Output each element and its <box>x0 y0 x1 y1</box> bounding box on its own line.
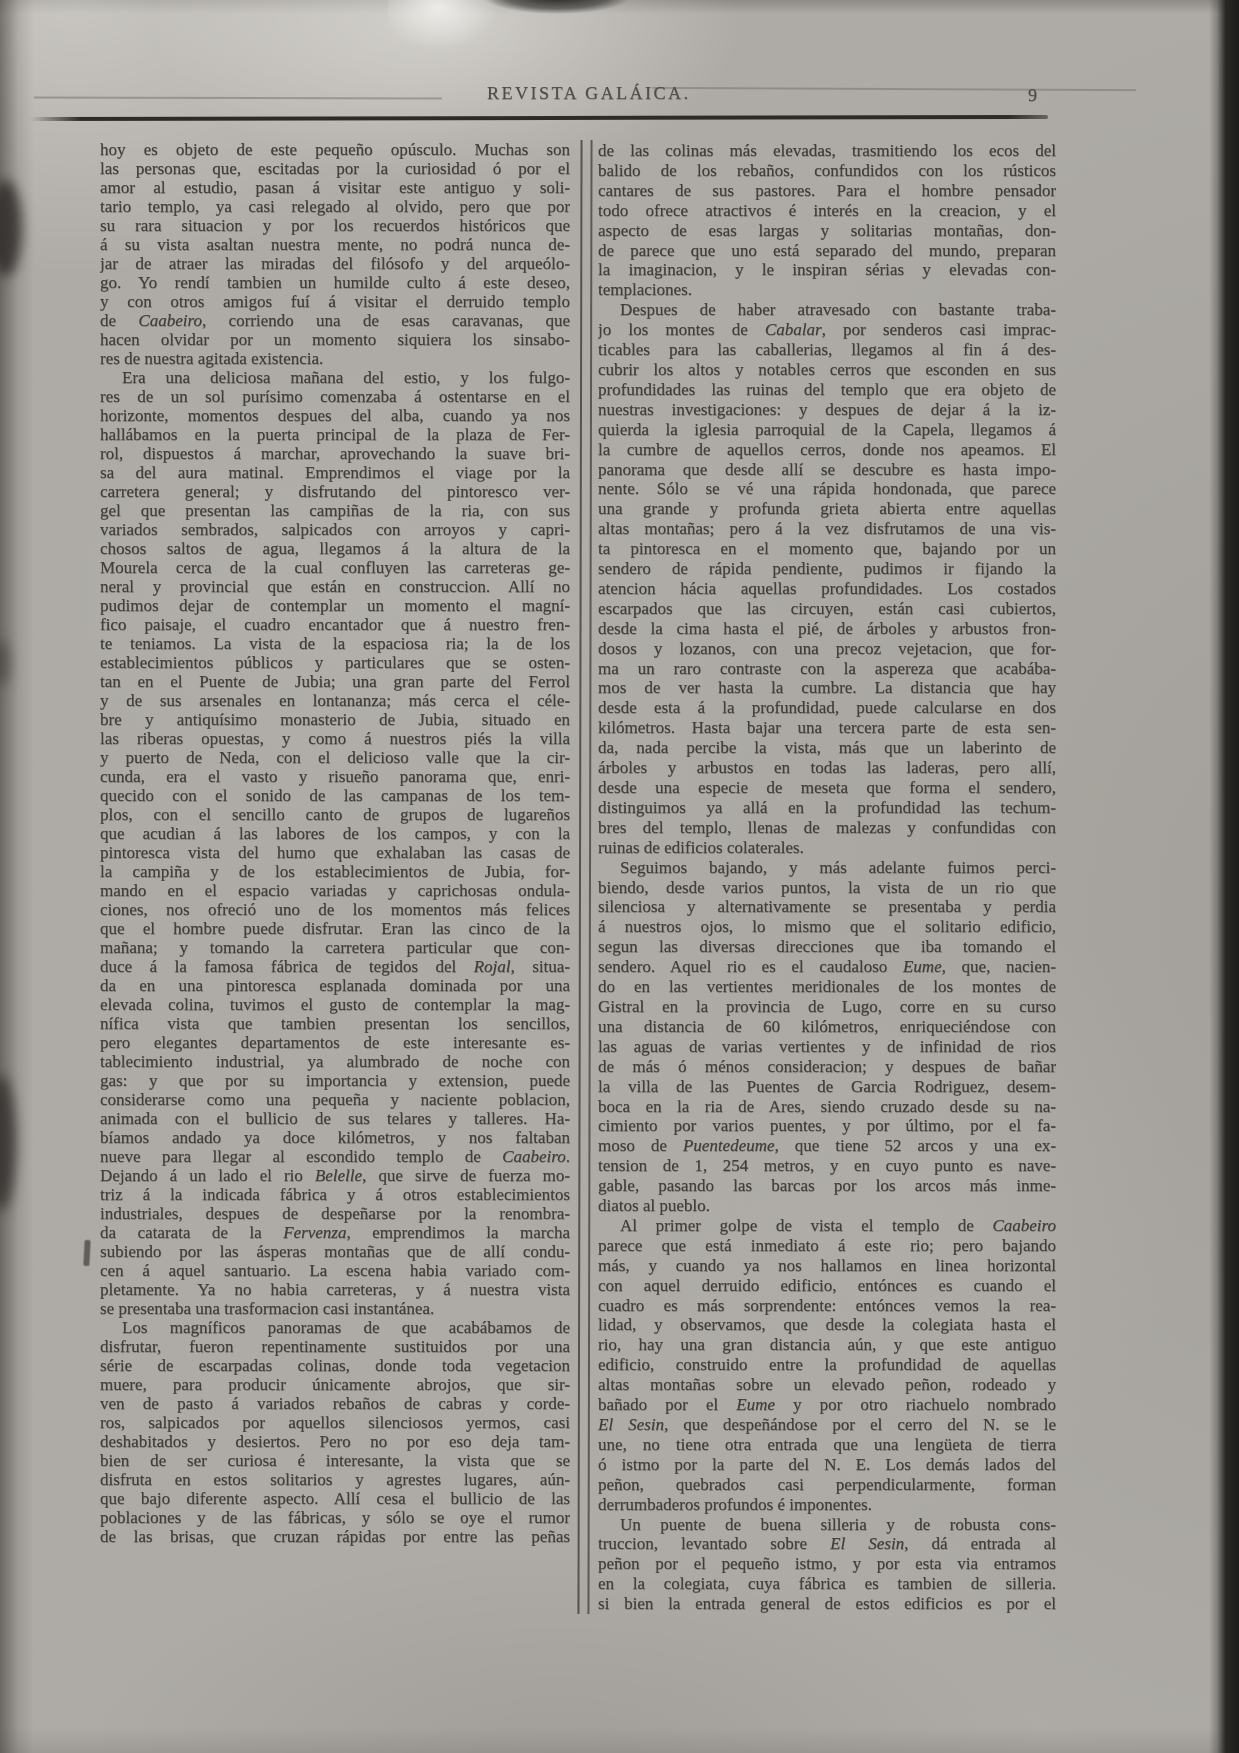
text-line: peñon por el pequeño istmo, y por esta v… <box>598 1554 1056 1574</box>
text-line: sendero de rápida pendiente, pudimos ir … <box>598 559 1056 579</box>
paragraph: Despues de haber atravesado con bastante… <box>598 300 1056 857</box>
scanned-page: REVISTA GALÁICA. 9 hoy es objeto de este… <box>0 0 1239 1753</box>
text-line: ruinas de edificios colaterales. <box>598 838 1056 858</box>
text-line: quierda la iglesia parroquial de la Cape… <box>598 420 1056 440</box>
text-line: da, nada percibe la vista, más que un la… <box>598 738 1056 758</box>
text-line: desde una especie de meseta que forma el… <box>598 778 1056 798</box>
text-line: que acudian á las labores de los campos,… <box>100 824 570 843</box>
text-column-left: hoy es objeto de este pequeño opúsculo. … <box>100 140 570 1546</box>
text-line: plos, con el sencillo canto de grupos de… <box>100 805 570 824</box>
text-line: sa del aura matinal. Emprendimos el viag… <box>100 463 570 482</box>
text-line: con aquel derruido edificio, entónces es… <box>598 1276 1056 1296</box>
text-line: balido de los rebaños, confundidos con l… <box>598 161 1056 181</box>
text-line: Era una deliciosa mañana del estio, y lo… <box>100 368 570 387</box>
text-line: de las brisas, que cruzan rápidas por en… <box>100 1527 570 1546</box>
text-line: bres del templo, llenas de malezas y con… <box>598 818 1056 838</box>
text-line: todo ofrece atractivos é interés en la c… <box>598 201 1056 221</box>
text-line: quecido con el sonido de las campanas de… <box>100 786 570 805</box>
text-line: y de sus arsenales en lontananza; más ce… <box>100 691 570 710</box>
text-line: res de un sol purísimo comenzaba á osten… <box>100 387 570 406</box>
text-line: Al primer golpe de vista el templo de Ca… <box>598 1216 1056 1236</box>
text-line: parece que está inmediato á este rio; pe… <box>598 1236 1056 1256</box>
text-line: desde la cima hasta el pié, de árboles y… <box>598 619 1056 639</box>
text-line: más, y cuando ya nos hallamos en linea h… <box>598 1256 1056 1276</box>
paragraph: Al primer golpe de vista el templo de Ca… <box>598 1216 1056 1515</box>
text-line: de más ó ménos consideracion; y despues … <box>598 1057 1056 1077</box>
paragraph: Un puente de buena silleria y de robusta… <box>598 1515 1056 1615</box>
text-line: te teniamos. La vista de la espaciosa ri… <box>100 634 570 653</box>
paragraph: hoy es objeto de este pequeño opúsculo. … <box>100 140 570 368</box>
text-line: série de escarpadas colinas, donde toda … <box>100 1356 570 1375</box>
text-line: silenciosa y alternativamente se present… <box>598 897 1056 917</box>
text-line: ven de pasto á variados rebaños de cabra… <box>100 1394 570 1413</box>
text-line: segun las diversas direcciones que iba t… <box>598 937 1056 957</box>
text-line: su rara situacion y por los recuerdos hi… <box>100 216 570 235</box>
header-rule <box>30 115 1048 121</box>
text-line: una distancia de 60 kilómetros, enriquec… <box>598 1017 1056 1037</box>
text-line: de las colinas más elevadas, trasmitiend… <box>598 141 1056 161</box>
text-line: sendero. Aquel rio es el caudaloso Eume,… <box>598 957 1056 977</box>
text-line: kilómetros. Hasta bajar una tercera part… <box>598 718 1056 738</box>
text-line: altas montañas; pero á la vez disfrutamo… <box>598 519 1056 539</box>
text-line: res de nuestra agitada existencia. <box>100 349 570 368</box>
text-line: ta pintoresca en el momento que, bajando… <box>598 539 1056 559</box>
paragraph: Los magníficos panoramas de que acabábam… <box>100 1318 570 1546</box>
scan-artifact-mark <box>83 1240 90 1266</box>
text-line: bre y antiquísimo monasterio de Jubia, s… <box>100 710 570 729</box>
text-line: chosos saltos de agua, llegamos á la alt… <box>100 539 570 558</box>
text-line: Despues de haber atravesado con bastante… <box>598 300 1056 320</box>
text-line: rio, hay una gran distancia aún, y que e… <box>598 1335 1056 1355</box>
text-line: bíamos andado ya doce kilómetros, y nos … <box>100 1128 570 1147</box>
text-line: una grande y profunda grieta abierta ent… <box>598 499 1056 519</box>
text-line: nente. Sólo se vé una rápida hondonada, … <box>598 479 1056 499</box>
text-line: horizonte, momentos despues del alba, cu… <box>100 406 570 425</box>
text-line: lidad, y observamos, que desde la colegi… <box>598 1315 1056 1335</box>
text-line: triz á la indicada fábrica y á otros est… <box>100 1185 570 1204</box>
text-line: duce á la famosa fábrica de tegidos del … <box>100 957 570 976</box>
text-line: jo los montes de Cabalar, por senderos c… <box>598 320 1056 340</box>
scan-edge-shadow-right <box>1209 0 1239 1753</box>
text-line: deshabitados y desiertos. Pero no por es… <box>100 1432 570 1451</box>
text-line: disfrutar, fueron repentinamente sustitu… <box>100 1337 570 1356</box>
text-column-right: de las colinas más elevadas, trasmitiend… <box>598 141 1056 1614</box>
text-line: Dejando á un lado el rio Belelle, que si… <box>100 1166 570 1185</box>
text-line: si bien la entrada general de estos edif… <box>598 1594 1056 1614</box>
text-line: peñon, quebrados casi perpendicularmente… <box>598 1475 1056 1495</box>
text-line: cantares de sus pastores. Para el hombre… <box>598 181 1056 201</box>
paragraph: de las colinas más elevadas, trasmitiend… <box>598 141 1056 300</box>
text-line: da catarata de la Fervenza, emprendimos … <box>100 1223 570 1242</box>
text-line: establecimientos públicos y particulares… <box>100 653 570 672</box>
text-line: ros, salpicados por aquellos silenciosos… <box>100 1413 570 1432</box>
header-faint-rule-right <box>652 87 1136 91</box>
text-line: da en una pintoresca esplanada dominada … <box>100 976 570 995</box>
text-line: bien de ser curiosa é interesante, la vi… <box>100 1451 570 1470</box>
text-line: hallábamos en la puerta principal de la … <box>100 425 570 444</box>
text-line: panorama que desde allí se descubre es h… <box>598 460 1056 480</box>
text-line: altas montañas sobre un elevado peñon, r… <box>598 1375 1056 1395</box>
text-line: de parece que uno está separado del mund… <box>598 241 1056 261</box>
text-line: de Caabeiro, corriendo una de esas carav… <box>100 311 570 330</box>
text-line: mos de ver hasta la cumbre. La distancia… <box>598 678 1056 698</box>
text-line: ticables para las caballerias, llegamos … <box>598 340 1056 360</box>
text-line: profundidades las ruinas del templo que … <box>598 380 1056 400</box>
page-number: 9 <box>1028 85 1037 106</box>
column-divider-rule <box>577 140 592 1614</box>
text-line: dosos y lozanos, con una precoz vejetaci… <box>598 639 1056 659</box>
page-title: REVISTA GALÁICA. <box>487 83 691 104</box>
text-line: diatos al pueblo. <box>598 1196 1056 1216</box>
paragraph: Seguimos bajando, y más adelante fuimos … <box>598 858 1056 1216</box>
text-line: tension de 1, 254 metros, y en cuyo punt… <box>598 1156 1056 1176</box>
text-line: pero elegantes departamentos de este int… <box>100 1033 570 1052</box>
text-line: en la colegiata, cuya fábrica es tambien… <box>598 1574 1056 1594</box>
text-line: derrumbaderos profundos é imponentes. <box>598 1495 1056 1515</box>
text-line: y con otros amigos fuí á visitar el derr… <box>100 292 570 311</box>
text-line: bañado por el Eume y por otro riachuelo … <box>598 1395 1056 1415</box>
text-line: pintoresca vista del humo que exhalaban … <box>100 843 570 862</box>
text-line: cimiento por varios puentes, y por últim… <box>598 1116 1056 1136</box>
text-line: elevada colina, tuvimos el gusto de cont… <box>100 995 570 1014</box>
text-line: Mourela cerca de la cual confluyen las c… <box>100 558 570 577</box>
text-line: poblaciones y de las fábricas, y sólo se… <box>100 1508 570 1527</box>
text-line: cubrir los altos y notables cerros que e… <box>598 360 1056 380</box>
text-line: truccion, levantado sobre El Sesin, dá e… <box>598 1534 1056 1554</box>
text-line: neral y provincial que están en construc… <box>100 577 570 596</box>
text-line: que bajo diferente aspecto. Allí cesa el… <box>100 1489 570 1508</box>
page-curl-shadow <box>468 0 646 30</box>
text-line: rol, dispuestos á marchar, aprovechando … <box>100 444 570 463</box>
text-line: tan en el Puente de Jubia; una gran part… <box>100 672 570 691</box>
text-line: pletamente. Ya no habia carreteras, y á … <box>100 1280 570 1299</box>
text-line: nífica vista que tambien presentan los s… <box>100 1014 570 1033</box>
text-line: jar de atraer las miradas del filósofo y… <box>100 254 570 273</box>
text-line: las personas que, escitadas por la curio… <box>100 159 570 178</box>
text-line: la campiña y de los establecimientos de … <box>100 862 570 881</box>
text-line: desde esta á la profundidad, puede calcu… <box>598 698 1056 718</box>
paragraph: Era una deliciosa mañana del estio, y lo… <box>100 368 570 1318</box>
text-line: á su vista asaltan nuestra mente, no pod… <box>100 235 570 254</box>
text-line: Seguimos bajando, y más adelante fuimos … <box>598 858 1056 878</box>
text-line: árboles y arbustos en todas las laderas,… <box>598 758 1056 778</box>
text-line: do en las vertientes meridionales de los… <box>598 977 1056 997</box>
text-line: disfruta en estos solitarios y agrestes … <box>100 1470 570 1489</box>
text-line: cuadro es más sorprendente: entónces vem… <box>598 1296 1056 1316</box>
text-line: y puerto de Neda, con el delicioso valle… <box>100 748 570 767</box>
text-line: animada con el bullicio de sus telares y… <box>100 1109 570 1128</box>
text-line: atencion hácia aquellas profundidades. L… <box>598 579 1056 599</box>
text-line: las riberas opuestas, y como á nuestros … <box>100 729 570 748</box>
text-line: considerarse como una pequeña y naciente… <box>100 1090 570 1109</box>
text-line: templaciones. <box>598 280 1056 300</box>
text-line: gable, pasando las barcas por los arcos … <box>598 1176 1056 1196</box>
text-line: hoy es objeto de este pequeño opúsculo. … <box>100 140 570 159</box>
text-line: ma un raro contraste con la aspereza que… <box>598 659 1056 679</box>
text-line: se presentaba una trasformacion casi ins… <box>100 1299 570 1318</box>
text-line: go. Yo rendí tambien un humilde culto á … <box>100 273 570 292</box>
text-line: ciones, nos ofreció uno de los momentos … <box>100 900 570 919</box>
text-line: une, no tiene otra entrada que una lengü… <box>598 1435 1056 1455</box>
text-line: subiendo por las ásperas montañas que de… <box>100 1242 570 1261</box>
text-line: Gistral en la provincia de Lugo, corre e… <box>598 997 1056 1017</box>
text-line: moso de Puentedeume, que tiene 52 arcos … <box>598 1136 1056 1156</box>
text-line: gel que presentan las campiñas de la ria… <box>100 501 570 520</box>
text-line: industriales, despues de despeñarse por … <box>100 1204 570 1223</box>
text-line: tablecimiento industrial, ya alumbrado d… <box>100 1052 570 1071</box>
text-line: aspecto de esas largas y solitarias mont… <box>598 221 1056 241</box>
text-line: El Sesin, que despeñándose por el cerro … <box>598 1415 1056 1435</box>
text-line: distinguimos ya allá en la profundidad l… <box>598 798 1056 818</box>
text-line: mañana; y tomando la carretera particula… <box>100 938 570 957</box>
text-line: la villa de las Puentes de Garcia Rodrig… <box>598 1077 1056 1097</box>
text-line: boca en la ria de Ares, siendo cruzado d… <box>598 1097 1056 1117</box>
text-line: Los magníficos panoramas de que acabábam… <box>100 1318 570 1337</box>
text-line: amor al estudio, pasan á visitar este an… <box>100 178 570 197</box>
text-line: cunda, era el vasto y risueño panorama q… <box>100 767 570 786</box>
text-line: carretera general; y disfrutando del pin… <box>100 482 570 501</box>
text-line: gas: y que por su importancia y extensio… <box>100 1071 570 1090</box>
text-line: la imaginacion, y le inspiran sérias y e… <box>598 260 1056 280</box>
text-line: nuestras investigaciones: y despues de d… <box>598 400 1056 420</box>
text-line: las aguas de varias vertientes y de infi… <box>598 1037 1056 1057</box>
text-line: muere, para producir únicamente abrojos,… <box>100 1375 570 1394</box>
text-line: biendo, desde varios puntos, la vista de… <box>598 878 1056 898</box>
text-line: pudimos dejar de contemplar un momento e… <box>100 596 570 615</box>
text-line: que el hombre puede disfrutar. Eran las … <box>100 919 570 938</box>
text-line: la cumbre de aquellos cerros, donde nos … <box>598 440 1056 460</box>
text-line: tario templo, ya casi relegado al olvido… <box>100 197 570 216</box>
text-line: ó istmo por la parte del N. E. Los demás… <box>598 1455 1056 1475</box>
text-line: á nuestros ojos, lo mismo que el solitar… <box>598 917 1056 937</box>
text-line: cen á aquel santuario. La escena habia v… <box>100 1261 570 1280</box>
text-line: edificio, construido entre la profundida… <box>598 1355 1056 1375</box>
text-line: Un puente de buena silleria y de robusta… <box>598 1515 1056 1535</box>
text-line: nueve para llegar al escondido templo de… <box>100 1147 570 1166</box>
text-line: variados sembrados, salpicados con arroy… <box>100 520 570 539</box>
header-faint-rule-left <box>34 96 442 99</box>
text-line: mando en el espacio variadas y caprichos… <box>100 881 570 900</box>
text-line: hacen olvidar por un momento siquiera lo… <box>100 330 570 349</box>
text-line: escarpados que las circuyen, están casi … <box>598 599 1056 619</box>
text-line: fico paisaje, el cuadro encantador que á… <box>100 615 570 634</box>
